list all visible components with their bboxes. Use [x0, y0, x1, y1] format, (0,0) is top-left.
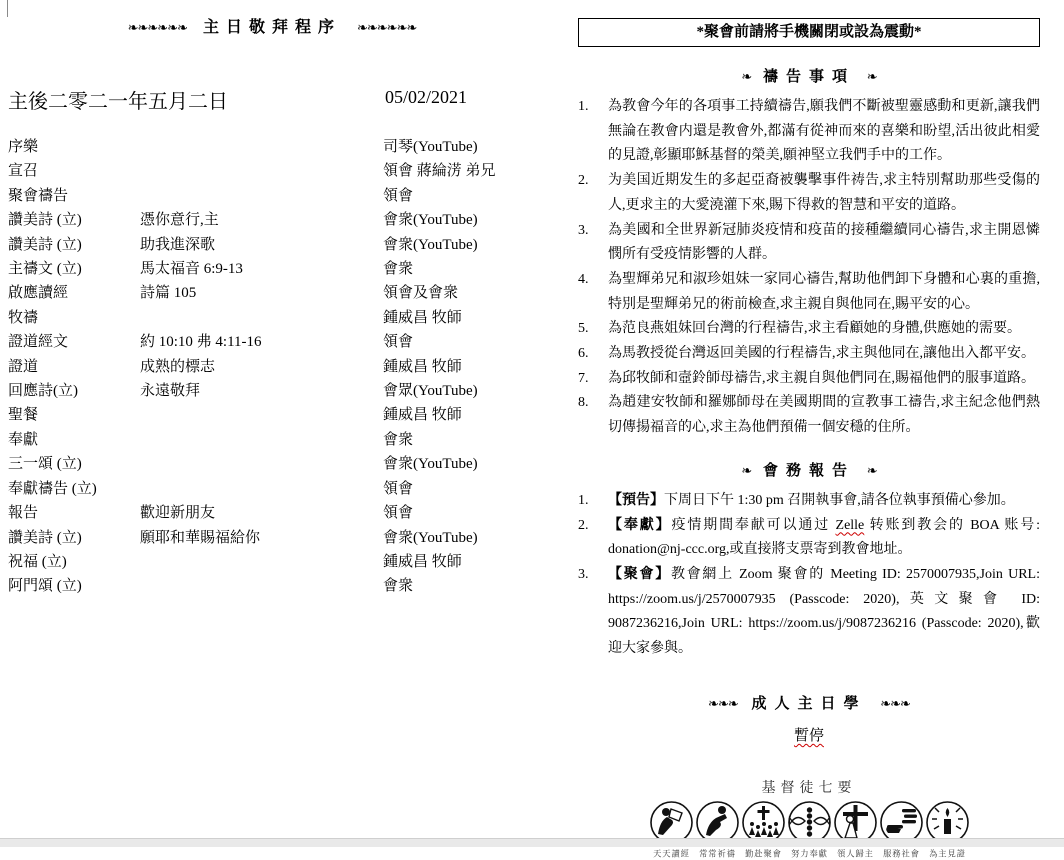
adult-school-status: 暫停: [578, 724, 1040, 745]
item-number: 1.: [578, 489, 608, 514]
program-row: 證道成熟的標志鍾威昌 牧師: [8, 355, 536, 379]
seven-essentials-section: 基督徒七要: [578, 777, 1040, 847]
adult-school-label: 成人主日學: [751, 696, 866, 712]
prayer-item: 2.为美国近期发生的多起亞裔被襲擊事件祷告,求主特別幫助那些受傷的人,更求主的大…: [578, 169, 1040, 218]
program-row: 報告歡迎新朋友領會: [8, 501, 536, 525]
prayer-text: 為教會今年的各項事工持續禱告,願我們不斷被聖靈感動和更新,讓我們無論在教會内還是…: [608, 95, 1040, 169]
program-detail: 願耶和華賜福給你: [140, 526, 383, 550]
item-number: 4.: [578, 268, 608, 293]
program-detail: 成熟的標志: [140, 355, 383, 379]
item-number: 7.: [578, 367, 608, 392]
program-row: 讚美詩 (立)願耶和華賜福給你會衆(YouTube): [8, 526, 536, 550]
program-item: 讚美詩 (立): [8, 526, 140, 550]
business-item: 2. 【奉獻】疫情期間奉献可以通过 Zelle 转账到教会的 BOA 账号: d…: [578, 514, 1040, 563]
program-row: 阿門頌 (立)會衆: [8, 574, 536, 598]
item-body: 教會網上 Zoom 聚會的 Meeting ID: 2570007935,Joi…: [608, 567, 1040, 656]
program-row: 證道經文約 10:10 弗 4:11-16領會: [8, 330, 536, 354]
prayer-item: 3.為美國和全世界新冠肺炎疫情和疫苗的接種繼續同心禱告,求主開恩憐憫所有受疫情影…: [578, 219, 1040, 268]
program-detail: [140, 159, 383, 183]
program-detail: 詩篇 105: [140, 281, 383, 305]
program-leader: 鍾威昌 牧師: [383, 550, 536, 574]
program-detail: [140, 574, 383, 598]
prayer-item: 6.為馬教授從台灣返回美國的行程禱告,求主與他同在,讓他出入都平安。: [578, 342, 1040, 367]
program-detail: 馬太福音 6:9-13: [140, 257, 383, 281]
program-leader: 領會: [383, 330, 536, 354]
program-leader: 會衆(YouTube): [383, 208, 536, 232]
prayer-item: 8.為趙建安牧師和羅娜師母在美國期間的宣教事工禱告,求主紀念他們熱切傳揚福音的心…: [578, 391, 1040, 440]
ornament-left-icon: ❧❧❧❧❧❧: [128, 21, 187, 36]
program-leader: 鍾威昌 牧師: [383, 306, 536, 330]
program-leader: 會衆(YouTube): [383, 526, 536, 550]
program-item: 三一頌 (立): [8, 452, 140, 476]
program-leader: 司琴(YouTube): [383, 135, 536, 159]
spellcheck-word: Zelle: [836, 518, 865, 533]
business-text: 【聚會】教會網上 Zoom 聚會的 Meeting ID: 2570007935…: [608, 563, 1040, 662]
program-row: 聖餐鍾威昌 牧師: [8, 403, 536, 427]
item-number: 3.: [578, 563, 608, 588]
program-table: 序樂司琴(YouTube) 宣召領會 蔣綸淓 弟兄 聚會禱告領會 讚美詩 (立)…: [8, 135, 536, 599]
program-item: 序樂: [8, 135, 140, 159]
program-leader: 會衆: [383, 574, 536, 598]
prayer-text: 為聖輝弟兄和淑珍姐妹一家同心禱告,幫助他們卸下身體和心裏的重擔,特別是聖輝弟兄的…: [608, 268, 1040, 317]
prayer-text: 為馬教授從台灣返回美國的行程禱告,求主與他同在,讓他出入都平安。: [608, 342, 1040, 367]
program-detail: [140, 403, 383, 427]
prayer-title: 禱告事項: [763, 69, 855, 85]
item-number: 3.: [578, 219, 608, 244]
worship-program-column: ❧❧❧❧❧❧ 主日敬拜程序 ❧❧❧❧❧❧ 主後二零二一年五月二日 05/02/2…: [8, 14, 536, 599]
item-body: 疫情期間奉献可以通过: [671, 518, 835, 533]
window-bottom-strip: [0, 838, 1064, 847]
date-english: 05/02/2021: [385, 87, 467, 108]
seven-essentials-title: 基督徒七要: [578, 777, 1040, 797]
prayer-item: 5.為范良燕姐妹回台灣的行程禱告,求主看顧她的身體,供應她的需要。: [578, 317, 1040, 342]
ornament-icon: ❧: [741, 70, 751, 85]
prayer-item: 7.為邱牧師和壼鈴師母禱告,求主親自與他們同在,賜福他們的服事道路。: [578, 367, 1040, 392]
program-detail: 憑你意行,主: [140, 208, 383, 232]
page-title: 主日敬拜程序: [203, 19, 341, 36]
phone-notice-text: *聚會前請將手機關閉或設為震動*: [696, 24, 921, 40]
program-item: 報告: [8, 501, 140, 525]
program-detail: [140, 428, 383, 452]
program-leader: 會眾(YouTube): [383, 379, 536, 403]
status-suspended: 暫停: [794, 728, 824, 744]
business-list: 1. 【預告】下周日下午 1:30 pm 召開執事會,請各位執事預備心參加。 2…: [578, 489, 1040, 662]
program-item: 主禱文 (立): [8, 257, 140, 281]
program-leader: 領會: [383, 184, 536, 208]
prayer-text: 为美国近期发生的多起亞裔被襲擊事件祷告,求主特別幫助那些受傷的人,更求主的大愛澆…: [608, 169, 1040, 218]
adult-sunday-school-title: ❧❧❧ 成人主日學 ❧❧❧: [578, 692, 1040, 713]
program-item: 啟應讀經: [8, 281, 140, 305]
program-item: 回應詩(立): [8, 379, 140, 403]
program-row: 啟應讀經詩篇 105領會及會衆: [8, 281, 536, 305]
program-item: 讚美詩 (立): [8, 208, 140, 232]
prayer-text: 為美國和全世界新冠肺炎疫情和疫苗的接種繼續同心禱告,求主開恩憐憫所有受疫情影響的…: [608, 219, 1040, 268]
program-leader: 鍾威昌 牧師: [383, 403, 536, 427]
business-text: 【奉獻】疫情期間奉献可以通过 Zelle 转账到教会的 BOA 账号: dona…: [608, 514, 1040, 563]
item-tag: 【奉獻】: [608, 518, 671, 533]
program-row: 宣召領會 蔣綸淓 弟兄: [8, 159, 536, 183]
program-leader: 會衆(YouTube): [383, 452, 536, 476]
business-text: 【預告】下周日下午 1:30 pm 召開執事會,請各位執事預備心參加。: [608, 489, 1040, 514]
program-item: 宣召: [8, 159, 140, 183]
program-detail: [140, 477, 383, 501]
program-row: 奉獻禱告 (立)領會: [8, 477, 536, 501]
item-number: 1.: [578, 95, 608, 120]
program-row: 三一頌 (立)會衆(YouTube): [8, 452, 536, 476]
ornament-icon: ❧❧❧: [708, 697, 738, 712]
program-row: 聚會禱告領會: [8, 184, 536, 208]
program-detail: 永遠敬拜: [140, 379, 383, 403]
prayer-item: 1.為教會今年的各項事工持續禱告,願我們不斷被聖靈感動和更新,讓我們無論在教會内…: [578, 95, 1040, 169]
program-row: 讚美詩 (立)憑你意行,主會衆(YouTube): [8, 208, 536, 232]
prayer-list: 1.為教會今年的各項事工持續禱告,願我們不斷被聖靈感動和更新,讓我們無論在教會内…: [578, 95, 1040, 441]
business-section-title: ❧ 會務報告 ❧: [578, 459, 1040, 480]
program-leader: 會衆: [383, 257, 536, 281]
program-detail: [140, 184, 383, 208]
ornament-icon: ❧: [867, 464, 877, 479]
date-row: 主後二零二一年五月二日 05/02/2021: [8, 85, 536, 113]
program-detail: 助我進深歌: [140, 233, 383, 257]
item-number: 2.: [578, 514, 608, 539]
program-item: 阿門頌 (立): [8, 574, 140, 598]
program-leader: 領會: [383, 477, 536, 501]
program-row: 讚美詩 (立)助我進深歌會衆(YouTube): [8, 233, 536, 257]
item-number: 2.: [578, 169, 608, 194]
ornament-icon: ❧: [741, 464, 751, 479]
program-detail: [140, 550, 383, 574]
program-item: 證道: [8, 355, 140, 379]
program-detail: [140, 135, 383, 159]
program-item: 奉獻禱告 (立): [8, 477, 140, 501]
program-item: 牧禱: [8, 306, 140, 330]
prayer-section-title: ❧ 禱告事項 ❧: [578, 65, 1040, 86]
item-number: 5.: [578, 317, 608, 342]
ornament-right-icon: ❧❧❧❧❧❧: [357, 21, 416, 36]
page-title-row: ❧❧❧❧❧❧ 主日敬拜程序 ❧❧❧❧❧❧: [8, 14, 536, 37]
program-detail: 約 10:10 弗 4:11-16: [140, 330, 383, 354]
program-row: 主禱文 (立)馬太福音 6:9-13會衆: [8, 257, 536, 281]
program-detail: [140, 306, 383, 330]
item-tag: 【聚會】: [608, 567, 671, 582]
prayer-item: 4.為聖輝弟兄和淑珍姐妹一家同心禱告,幫助他們卸下身體和心裏的重擔,特別是聖輝弟…: [578, 268, 1040, 317]
item-tag: 【預告】: [608, 493, 664, 508]
business-item: 1. 【預告】下周日下午 1:30 pm 召開執事會,請各位執事預備心參加。: [578, 489, 1040, 514]
business-item: 3. 【聚會】教會網上 Zoom 聚會的 Meeting ID: 2570007…: [578, 563, 1040, 662]
program-item: 證道經文: [8, 330, 140, 354]
program-detail: 歡迎新朋友: [140, 501, 383, 525]
program-row: 祝福 (立)鍾威昌 牧師: [8, 550, 536, 574]
phone-notice-box: *聚會前請將手機關閉或設為震動*: [578, 18, 1040, 47]
bulletin-page: ❧❧❧❧❧❧ 主日敬拜程序 ❧❧❧❧❧❧ 主後二零二一年五月二日 05/02/2…: [0, 0, 1064, 847]
date-chinese: 主後二零二一年五月二日: [8, 91, 228, 113]
program-leader: 領會 蔣綸淓 弟兄: [383, 159, 536, 183]
program-item: 讚美詩 (立): [8, 233, 140, 257]
program-detail: [140, 452, 383, 476]
program-item: 聚會禱告: [8, 184, 140, 208]
prayer-text: 為邱牧師和壼鈴師母禱告,求主親自與他們同在,賜福他們的服事道路。: [608, 367, 1040, 392]
business-title: 會務報告: [763, 463, 855, 479]
program-row: 序樂司琴(YouTube): [8, 135, 536, 159]
program-row: 牧禱鍾威昌 牧師: [8, 306, 536, 330]
program-item: 奉獻: [8, 428, 140, 452]
item-number: 6.: [578, 342, 608, 367]
program-item: 祝福 (立): [8, 550, 140, 574]
announcements-column: *聚會前請將手機關閉或設為震動* ❧ 禱告事項 ❧ 1.為教會今年的各項事工持續…: [578, 18, 1040, 847]
program-row: 回應詩(立)永遠敬拜會眾(YouTube): [8, 379, 536, 403]
program-row: 奉獻會衆: [8, 428, 536, 452]
program-leader: 會衆(YouTube): [383, 233, 536, 257]
ornament-icon: ❧❧❧: [880, 697, 910, 712]
program-leader: 領會: [383, 501, 536, 525]
program-leader: 會衆: [383, 428, 536, 452]
program-item: 聖餐: [8, 403, 140, 427]
prayer-text: 為范良燕姐妹回台灣的行程禱告,求主看顧她的身體,供應她的需要。: [608, 317, 1040, 342]
program-leader: 鍾威昌 牧師: [383, 355, 536, 379]
prayer-text: 為趙建安牧師和羅娜師母在美國期間的宣教事工禱告,求主紀念他們熱切傳揚福音的心,求…: [608, 391, 1040, 440]
program-leader: 領會及會衆: [383, 281, 536, 305]
item-number: 8.: [578, 391, 608, 416]
ornament-icon: ❧: [867, 70, 877, 85]
item-body: 下周日下午 1:30 pm 召開執事會,請各位執事預備心參加。: [664, 493, 1015, 508]
